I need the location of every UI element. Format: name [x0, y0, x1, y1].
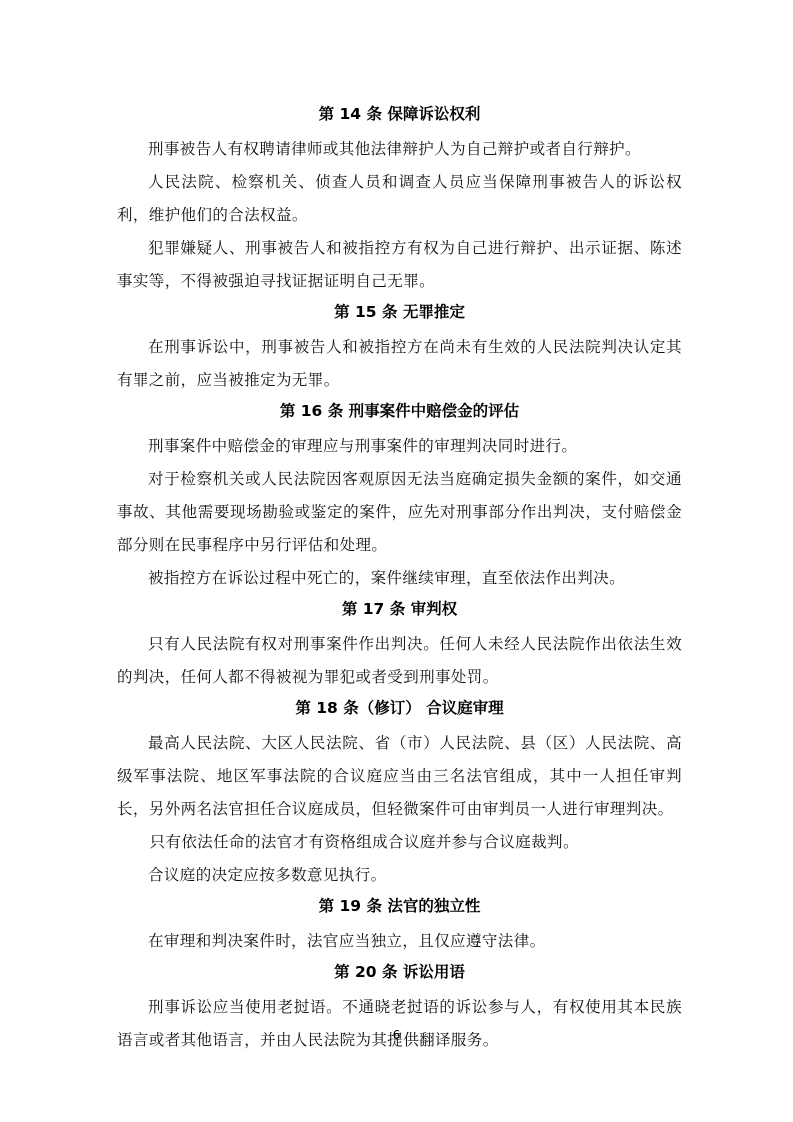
paragraph: 合议庭的决定应按多数意见执行。 [117, 859, 682, 892]
paragraph: 被指控方在诉讼过程中死亡的，案件继续审理，直至依法作出判决。 [117, 562, 682, 595]
paragraph: 只有依法任命的法官才有资格组成合议庭并参与合议庭裁判。 [117, 826, 682, 859]
article-19: 第 19 条 法官的独立性 在审理和判决案件时，法官应当独立，且仅应遵守法律。 [117, 892, 682, 958]
paragraph: 只有人民法院有权对刑事案件作出判决。任何人未经人民法院作出依法生效的判决，任何人… [117, 628, 682, 694]
article-18: 第 18 条（修订） 合议庭审理 最高人民法院、大区人民法院、省（市）人民法院、… [117, 694, 682, 892]
article-heading: 第 18 条（修订） 合议庭审理 [117, 694, 682, 727]
article-heading: 第 17 条 审判权 [117, 595, 682, 628]
paragraph: 刑事案件中赔偿金的审理应与刑事案件的审理判决同时进行。 [117, 430, 682, 463]
article-heading: 第 19 条 法官的独立性 [117, 892, 682, 925]
article-heading: 第 14 条 保障诉讼权利 [117, 100, 682, 133]
page-number: 6 [0, 1028, 793, 1042]
article-14: 第 14 条 保障诉讼权利 刑事被告人有权聘请律师或其他法律辩护人为自己辩护或者… [117, 100, 682, 298]
paragraph: 在刑事诉讼中，刑事被告人和被指控方在尚未有生效的人民法院判决认定其有罪之前，应当… [117, 331, 682, 397]
paragraph: 人民法院、检察机关、侦查人员和调查人员应当保障刑事被告人的诉讼权利，维护他们的合… [117, 166, 682, 232]
article-15: 第 15 条 无罪推定 在刑事诉讼中，刑事被告人和被指控方在尚未有生效的人民法院… [117, 298, 682, 397]
article-17: 第 17 条 审判权 只有人民法院有权对刑事案件作出判决。任何人未经人民法院作出… [117, 595, 682, 694]
article-heading: 第 20 条 诉讼用语 [117, 958, 682, 991]
page-content: 第 14 条 保障诉讼权利 刑事被告人有权聘请律师或其他法律辩护人为自己辩护或者… [117, 100, 682, 1057]
article-16: 第 16 条 刑事案件中赔偿金的评估 刑事案件中赔偿金的审理应与刑事案件的审理判… [117, 397, 682, 595]
article-20: 第 20 条 诉讼用语 刑事诉讼应当使用老挝语。不通晓老挝语的诉讼参与人，有权使… [117, 958, 682, 1057]
paragraph: 在审理和判决案件时，法官应当独立，且仅应遵守法律。 [117, 925, 682, 958]
paragraph: 最高人民法院、大区人民法院、省（市）人民法院、县（区）人民法院、高级军事法院、地… [117, 727, 682, 826]
article-heading: 第 16 条 刑事案件中赔偿金的评估 [117, 397, 682, 430]
article-heading: 第 15 条 无罪推定 [117, 298, 682, 331]
paragraph: 对于检察机关或人民法院因客观原因无法当庭确定损失金额的案件，如交通事故、其他需要… [117, 463, 682, 562]
document-page: 第 14 条 保障诉讼权利 刑事被告人有权聘请律师或其他法律辩护人为自己辩护或者… [0, 0, 793, 1122]
paragraph: 犯罪嫌疑人、刑事被告人和被指控方有权为自己进行辩护、出示证据、陈述事实等，不得被… [117, 232, 682, 298]
paragraph: 刑事诉讼应当使用老挝语。不通晓老挝语的诉讼参与人，有权使用其本民族语言或者其他语… [117, 991, 682, 1057]
paragraph: 刑事被告人有权聘请律师或其他法律辩护人为自己辩护或者自行辩护。 [117, 133, 682, 166]
